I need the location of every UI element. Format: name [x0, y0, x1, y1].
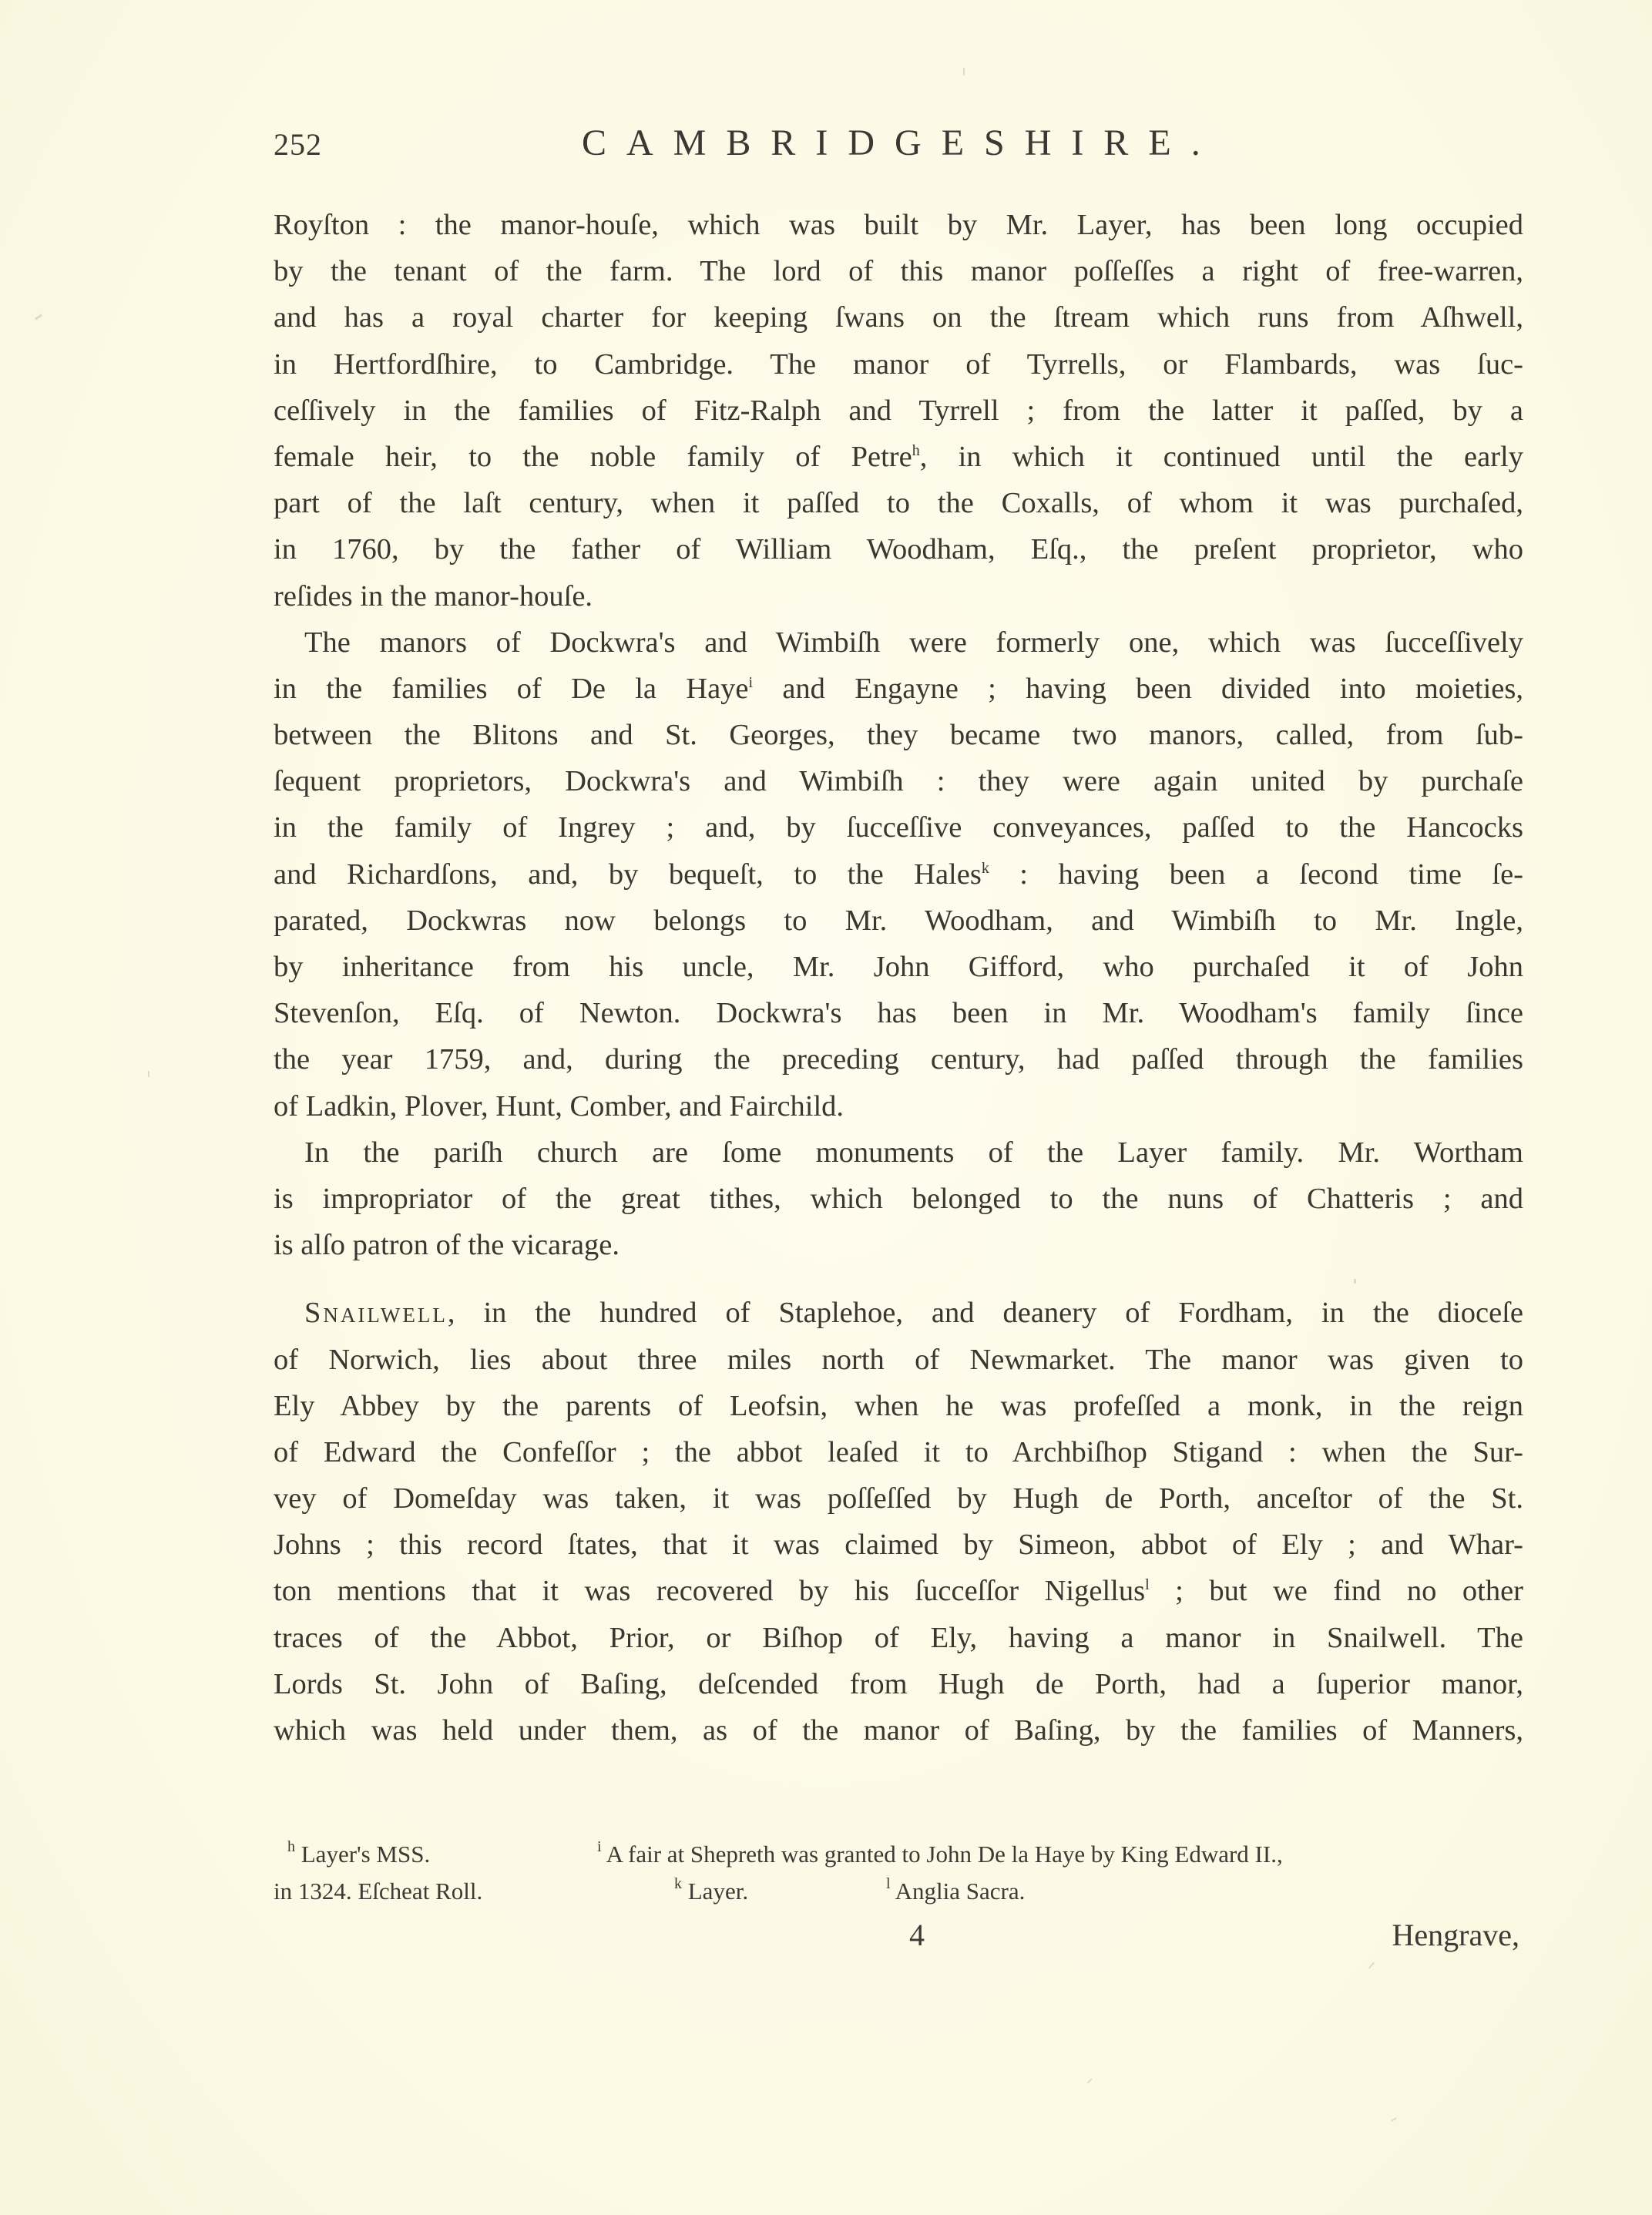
- text-line: The manors of Dockwra's and Wimbiſh were…: [274, 619, 1523, 666]
- text-line: ceſſively in the families of Fitz-Ralph …: [274, 388, 1523, 434]
- line-text: , in which it continued until the early: [920, 441, 1523, 473]
- body-text: Royſton : the manor-houſe, which was bui…: [274, 202, 1523, 1754]
- text-line: reſides in the manor-houſe.: [274, 573, 1523, 619]
- line-text: in the families of De la Haye: [274, 673, 749, 705]
- paragraph-parish-church: In the pariſh church are ſome monuments …: [274, 1129, 1523, 1269]
- text-line: of Norwich, lies about three miles north…: [274, 1337, 1523, 1383]
- signature-mark: 4: [909, 1917, 925, 1953]
- footnote-ref-h[interactable]: h: [912, 442, 920, 459]
- text-line: in Hertfordſhire, to Cambridge. The mano…: [274, 341, 1523, 388]
- footnote-mark: k: [674, 1875, 682, 1892]
- page-footer: 4 Hengrave,: [274, 1917, 1523, 1963]
- footnote-mark: l: [886, 1875, 891, 1892]
- text-line: Ely Abbey by the parents of Leofsin, whe…: [274, 1383, 1523, 1429]
- paragraph-dockwras: The manors of Dockwra's and Wimbiſh were…: [274, 619, 1523, 1129]
- footnote-text: Layer.: [688, 1878, 748, 1905]
- paper-speck: [148, 1071, 149, 1077]
- text-line: by inheritance from his uncle, Mr. John …: [274, 944, 1523, 990]
- paper-speck: [1086, 2078, 1092, 2083]
- scanned-book-page: 252 CAMBRIDGESHIRE. Royſton : the manor-…: [0, 0, 1652, 2215]
- line-text: female heir, to the noble family of Petr…: [274, 441, 912, 473]
- text-line: Johns ; this record ſtates, that it was …: [274, 1522, 1523, 1568]
- text-line: by the tenant of the farm. The lord of t…: [274, 248, 1523, 294]
- line-text: ton mentions that it was recovered by hi…: [274, 1575, 1145, 1607]
- text-line: female heir, to the noble family of Petr…: [274, 434, 1523, 480]
- footnote-mark: i: [597, 1838, 602, 1855]
- footnote-i: i A fair at Shepreth was granted to John…: [597, 1836, 1283, 1873]
- line-text: : having been a ſecond time ſe-: [989, 858, 1523, 891]
- text-line: in the families of De la Hayei and Engay…: [274, 666, 1523, 712]
- paragraph-royston: Royſton : the manor-houſe, which was bui…: [274, 202, 1523, 619]
- text-line: of Edward the Confeſſor ; the abbot leaſ…: [274, 1429, 1523, 1475]
- catchword: Hengrave,: [1392, 1917, 1519, 1953]
- footnote-i-continuation: in 1324. Eſcheat Roll.: [274, 1873, 482, 1910]
- running-title: CAMBRIDGESHIRE.: [582, 122, 1221, 164]
- running-head: 252 CAMBRIDGESHIRE.: [274, 122, 1522, 168]
- text-line: and Richardſons, and, by bequeſt, to the…: [274, 851, 1523, 898]
- text-line: ſequent proprietors, Dockwra's and Wimbi…: [274, 758, 1523, 804]
- text-line: between the Blitons and St. Georges, the…: [274, 712, 1523, 758]
- line-text: and Engayne ; having been divided into m…: [753, 673, 1523, 705]
- section-gap: [274, 1268, 1523, 1290]
- text-line: in the family of Ingrey ; and, by ſucceſ…: [274, 804, 1523, 851]
- text-line: is alſo patron of the vicarage.: [274, 1222, 1523, 1268]
- footnote-l: l Anglia Sacra.: [886, 1873, 1025, 1910]
- text-line: In the pariſh church are ſome monuments …: [274, 1129, 1523, 1176]
- footnote-ref-k[interactable]: k: [982, 860, 989, 877]
- text-line: is impropriator of the great tithes, whi…: [274, 1176, 1523, 1222]
- text-line: of Ladkin, Plover, Hunt, Comber, and Fai…: [274, 1083, 1523, 1129]
- line-text: , in the hundred of Staplehoe, and deane…: [448, 1297, 1523, 1329]
- text-line: in 1760, by the father of William Woodha…: [274, 526, 1523, 572]
- paper-speck: [1391, 2117, 1397, 2122]
- footnote-text: A fair at Shepreth was granted to John D…: [606, 1841, 1283, 1868]
- footnote-h: h Layer's MSS.: [287, 1836, 430, 1873]
- text-line: Stevenſon, Eſq. of Newton. Dockwra's has…: [274, 990, 1523, 1036]
- paragraph-snailwell: Snailwell, in the hundred of Staplehoe, …: [274, 1290, 1523, 1754]
- text-line: and has a royal charter for keeping ſwan…: [274, 294, 1523, 341]
- text-line: the year 1759, and, during the preceding…: [274, 1036, 1523, 1082]
- footnote-text: Anglia Sacra.: [895, 1878, 1026, 1905]
- text-line: Lords St. John of Baſing, deſcended from…: [274, 1661, 1523, 1707]
- page-number: 252: [274, 126, 322, 163]
- text-line: Royſton : the manor-houſe, which was bui…: [274, 202, 1523, 248]
- footnote-line: in 1324. Eſcheat Roll. k Layer. l Anglia…: [274, 1873, 1523, 1910]
- text-line: parated, Dockwras now belongs to Mr. Woo…: [274, 898, 1523, 944]
- text-line: Snailwell, in the hundred of Staplehoe, …: [274, 1290, 1523, 1336]
- footnote-line: h Layer's MSS. i A fair at Shepreth was …: [274, 1836, 1523, 1873]
- text-line: part of the laſt century, when it paſſed…: [274, 480, 1523, 526]
- section-lead-snailwell: Snailwell: [304, 1297, 448, 1329]
- line-text: ; but we find no other: [1150, 1575, 1523, 1607]
- paper-speck: [35, 314, 42, 320]
- line-text: and Richardſons, and, by bequeſt, to the…: [274, 858, 982, 891]
- text-line: ton mentions that it was recovered by hi…: [274, 1568, 1523, 1614]
- text-line: vey of Domeſday was taken, it was poſſeſ…: [274, 1475, 1523, 1522]
- text-line: which was held under them, as of the man…: [274, 1707, 1523, 1754]
- footnote-k: k Layer.: [674, 1873, 748, 1910]
- footnote-text: Layer's MSS.: [301, 1841, 430, 1868]
- footnotes: h Layer's MSS. i A fair at Shepreth was …: [274, 1836, 1523, 1910]
- paper-speck: [963, 68, 965, 76]
- text-line: traces of the Abbot, Prior, or Biſhop of…: [274, 1615, 1523, 1661]
- footnote-mark: h: [287, 1838, 295, 1855]
